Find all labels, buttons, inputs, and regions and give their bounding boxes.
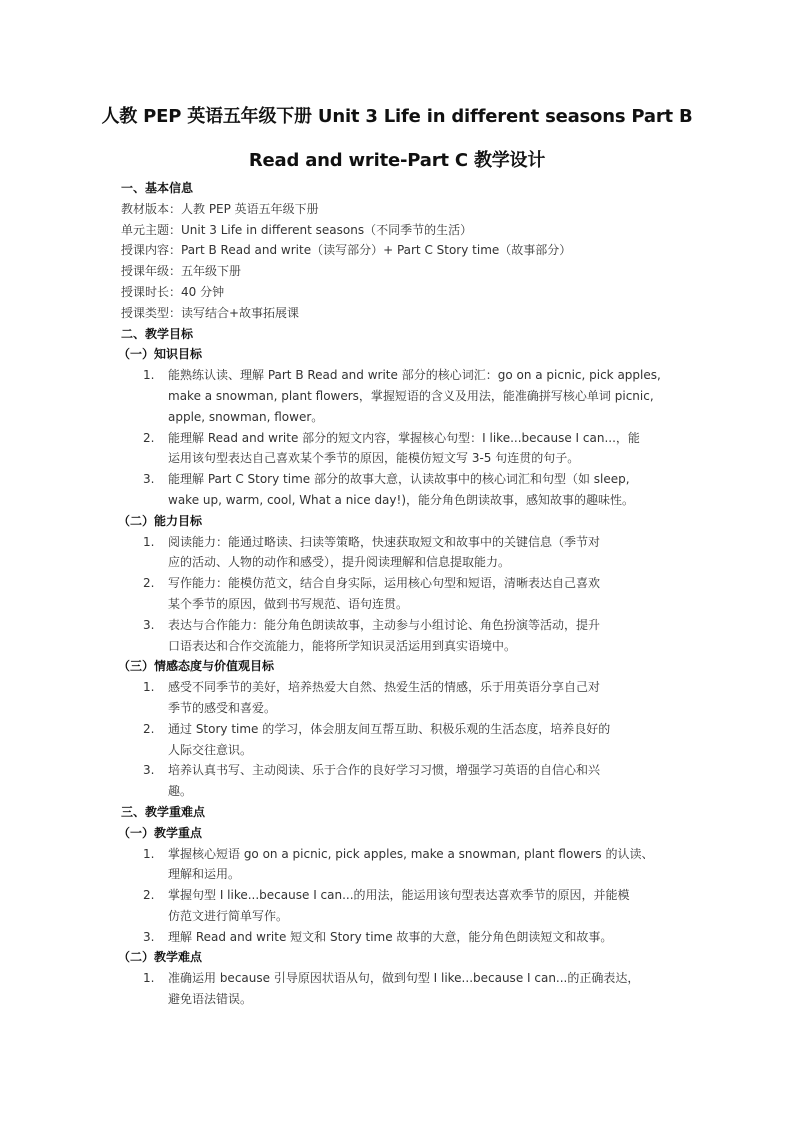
list-item: 2. 通过 Story time 的学习，体会朋友间互帮互助、积极乐观的生活态度… [143,719,696,761]
section-heading-objectives: 二、教学目标 [121,324,696,345]
info-row-grade: 授课年级：五年级下册 [121,261,696,282]
list-item: 2. 掌握句型 I like...because I can...的用法，能运用… [143,885,696,927]
list-item: 3. 表达与合作能力：能分角色朗读故事，主动参与小组讨论、角色扮演等活动，提升 … [143,615,696,657]
list-item: 2. 能理解 Read and write 部分的短文内容，掌握核心句型：I l… [143,428,696,470]
info-row-unit-theme: 单元主题：Unit 3 Life in different seasons（不同… [121,220,696,241]
list-item: 3. 能理解 Part C Story time 部分的故事大意，认读故事中的核… [143,469,696,511]
info-row-type: 授课类型：读写结合+故事拓展课 [121,303,696,324]
section-heading-basic-info: 一、基本信息 [121,178,696,199]
section-heading-key-points: 三、教学重难点 [121,802,696,823]
list-item: 1. 感受不同季节的美好，培养热爱大自然、热爱生活的情感，乐于用英语分享自己对 … [143,677,696,719]
document-body: 一、基本信息 教材版本：人教 PEP 英语五年级下册 单元主题：Unit 3 L… [121,178,696,1010]
document-title-line-1: 人教 PEP 英语五年级下册 Unit 3 Life in different … [0,102,794,128]
subsection-heading-values: （三）情感态度与价值观目标 [118,656,696,677]
info-row-duration: 授课时长：40 分钟 [121,282,696,303]
list-item: 1. 能熟练认读、理解 Part B Read and write 部分的核心词… [143,365,696,427]
document-title-line-2: Read and write-Part C 教学设计 [0,146,794,172]
list-item: 2. 写作能力：能模仿范文，结合自身实际，运用核心句型和短语，清晰表达自己喜欢 … [143,573,696,615]
document-page: 人教 PEP 英语五年级下册 Unit 3 Life in different … [0,0,794,1123]
subsection-heading-knowledge: （一）知识目标 [118,344,696,365]
list-item: 1. 掌握核心短语 go on a picnic, pick apples, m… [143,844,696,886]
list-item: 1. 阅读能力：能通过略读、扫读等策略，快速获取短文和故事中的关键信息（季节对 … [143,532,696,574]
info-row-content: 授课内容：Part B Read and write（读写部分）+ Part C… [121,240,696,261]
subsection-heading-difficulty: （二）教学难点 [118,947,696,968]
list-item: 3. 理解 Read and write 短文和 Story time 故事的大… [143,927,696,948]
list-item: 1. 准确运用 because 引导原因状语从句，做到句型 I like...b… [143,968,696,1010]
info-row-textbook: 教材版本：人教 PEP 英语五年级下册 [121,199,696,220]
subsection-heading-ability: （二）能力目标 [118,511,696,532]
subsection-heading-focus: （一）教学重点 [118,823,696,844]
list-item: 3. 培养认真书写、主动阅读、乐于合作的良好学习习惯，增强学习英语的自信心和兴 … [143,760,696,802]
